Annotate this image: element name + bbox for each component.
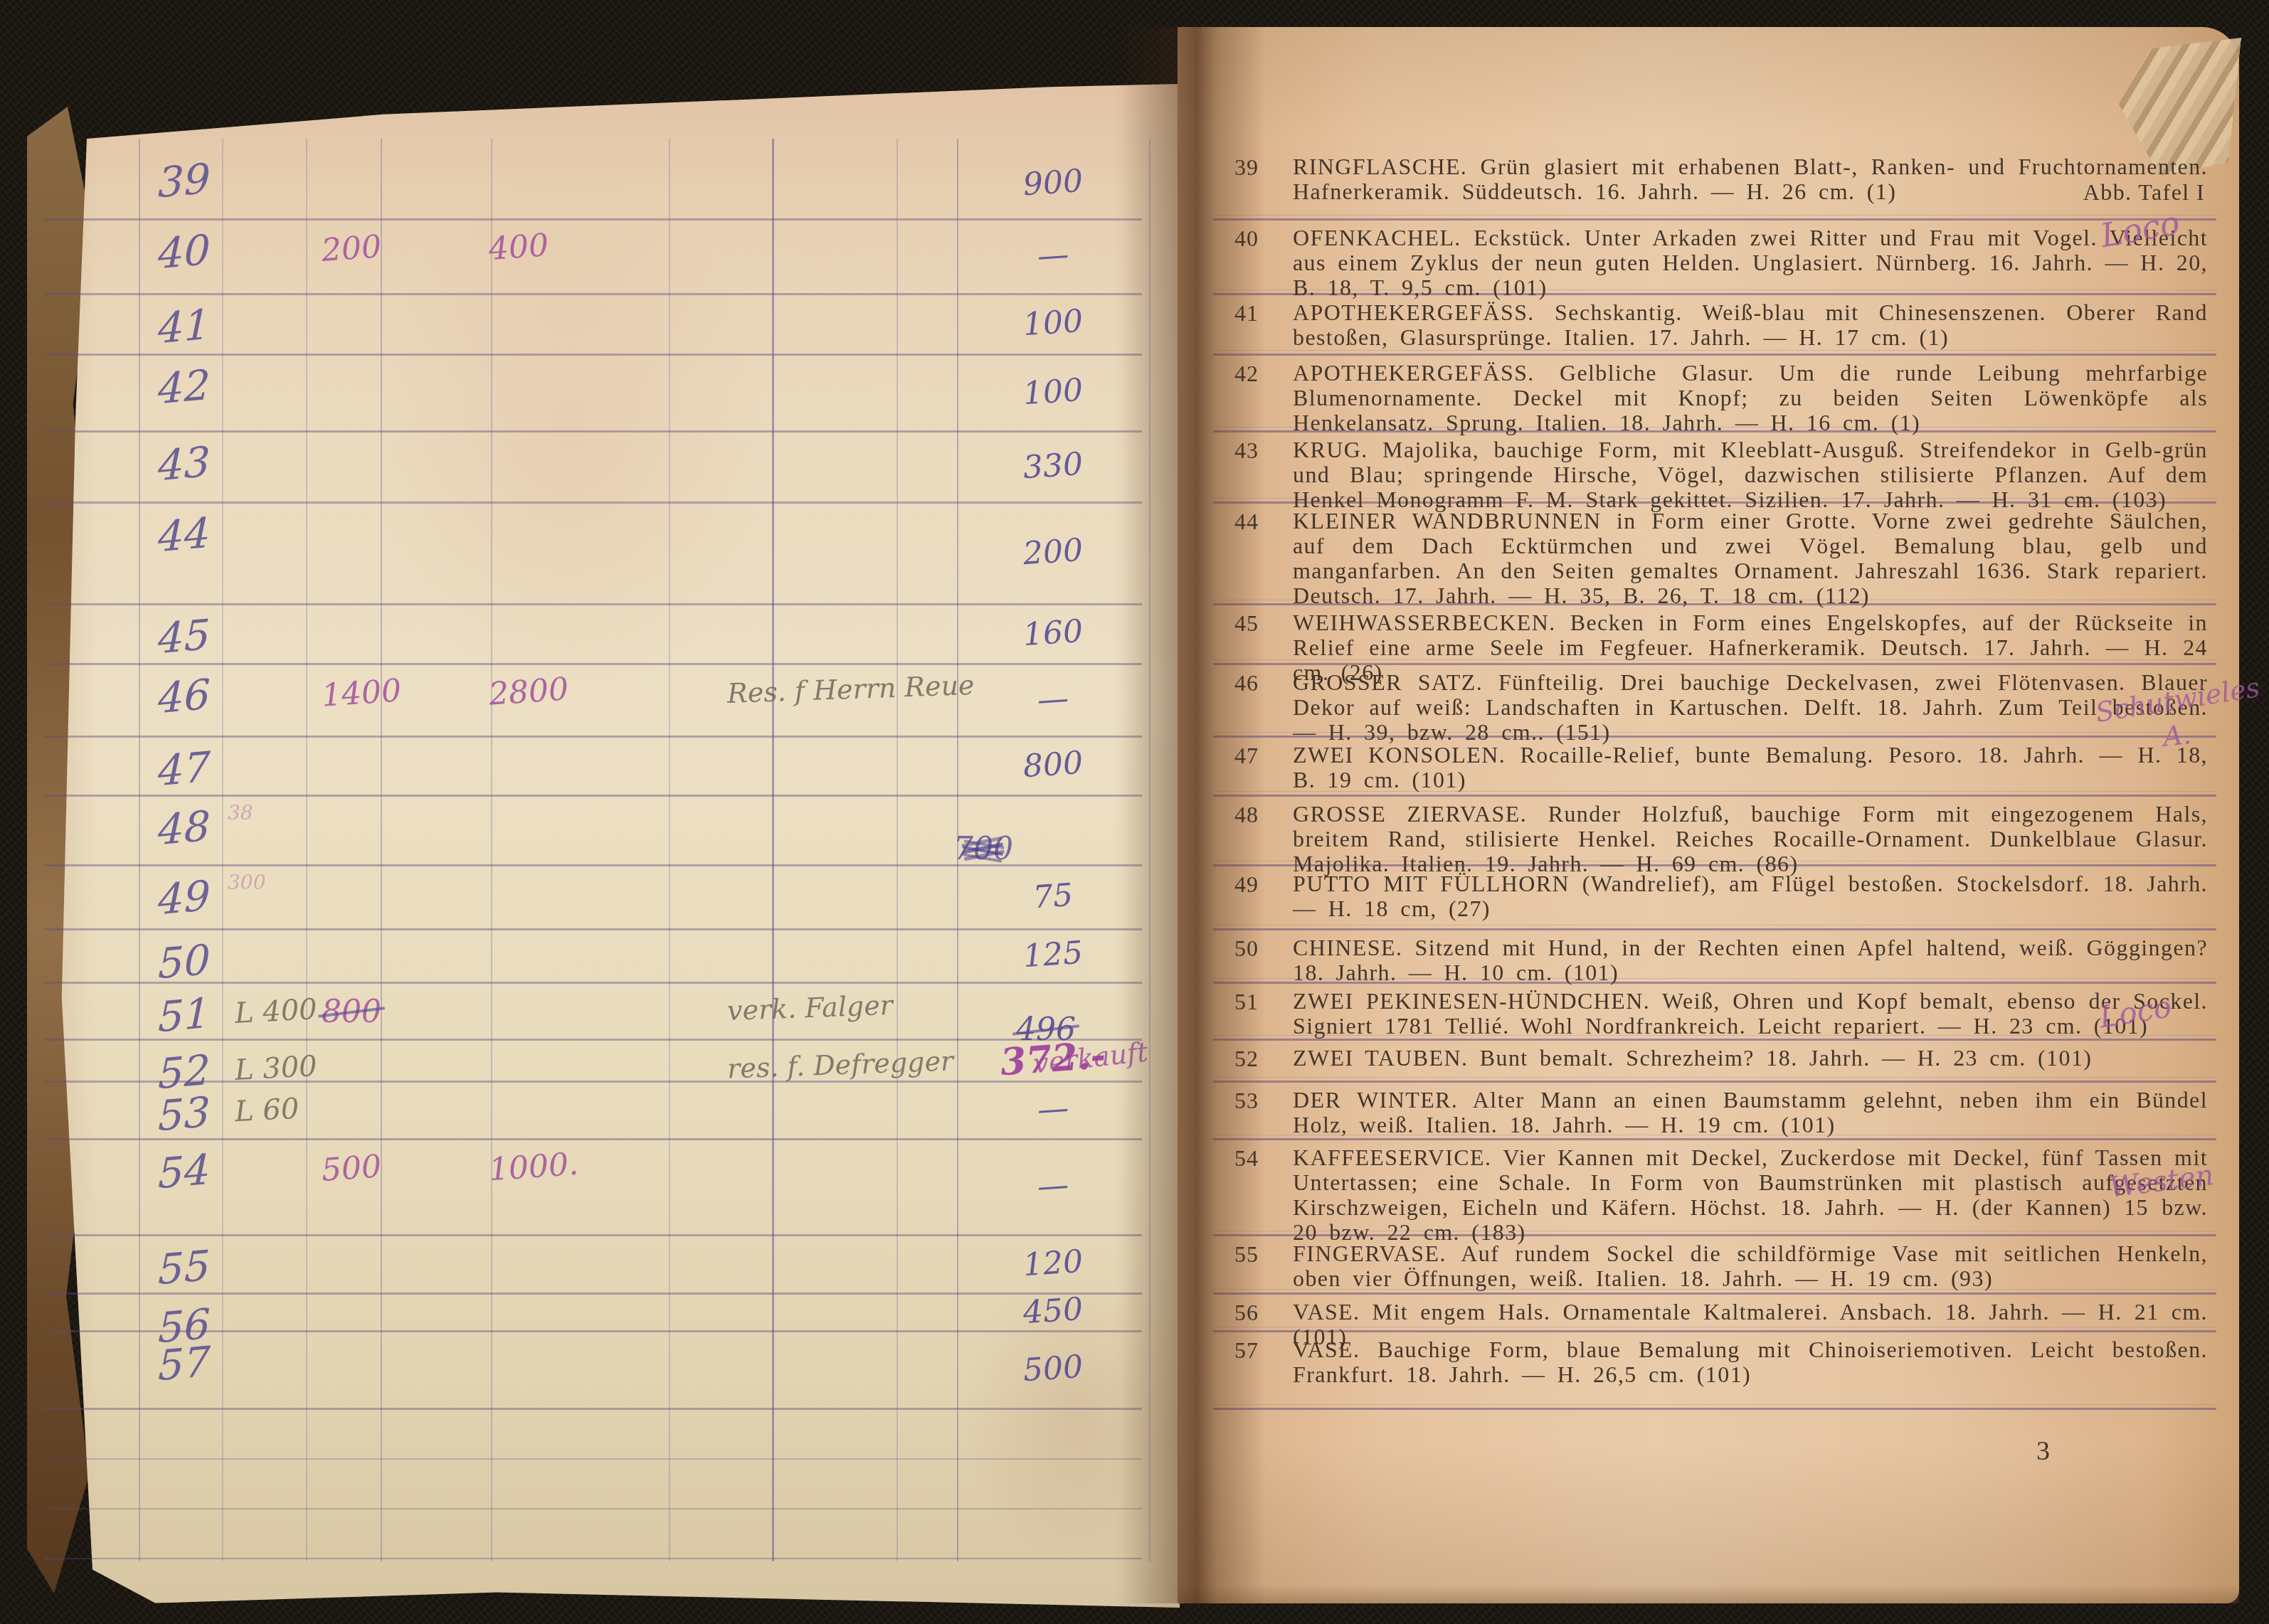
entry-number: 57	[1234, 1337, 1259, 1364]
ledger-lot-number: 49	[158, 871, 211, 925]
entry-text: KLEINER WANDBRUNNEN in Form einer Grotte…	[1213, 504, 2216, 608]
lot-row: 41 100 41 APOTHEKERGEFÄSS. Sechskantig. …	[0, 295, 2269, 356]
ledger-note: verk. Falger	[726, 989, 893, 1026]
entry-number: 43	[1234, 437, 1259, 464]
ledger-faint-mark: 300	[228, 871, 265, 894]
ledger-row-rule	[44, 1558, 1142, 1559]
ledger-result-price: 330	[953, 440, 1154, 490]
lot-row: 49 300 75 49 PUTTO MIT FÜLLHORN (Wandrel…	[0, 866, 2269, 930]
entry-number: 48	[1234, 802, 1259, 828]
catalog-entry: 43 KRUG. Majolika, bauchige Form, mit Kl…	[1213, 432, 2216, 504]
ledger-price-2: 1000.	[487, 1146, 579, 1189]
ledger-row: 51 L 400 800 verk. Falger 496	[44, 984, 1142, 1041]
ledger-result-price: —	[953, 674, 1154, 723]
entry-text: ZWEI KONSOLEN. Rocaille-Relief, bunte Be…	[1213, 738, 2216, 792]
ledger-lot-number: 47	[158, 743, 211, 796]
lot-row: 57 500 57 VASE. Bauchige Form, blaue Bem…	[0, 1332, 2269, 1410]
ledger-result-price: 900	[953, 157, 1154, 207]
catalog-entry: 55 FINGERVASE. Auf rundem Sockel die sch…	[1213, 1236, 2216, 1295]
lot-row: 45 160 45 WEIHWASSERBECKEN. Becken in Fo…	[0, 605, 2269, 665]
entry-plate-ref: Abb. Tafel I	[2083, 179, 2205, 206]
ledger-row: 45 160	[44, 605, 1142, 665]
ledger-lot-number: 51	[158, 989, 211, 1042]
entry-number: 47	[1234, 743, 1259, 769]
lot-row: 42 100 42 APOTHEKERGEFÄSS. Gelbliche Gla…	[0, 356, 2269, 432]
entry-number: 51	[1234, 989, 1259, 1015]
entry-number: 45	[1234, 610, 1259, 637]
lot-row: 48 38 700 48 GROSSE ZIERVASE. Runder Hol…	[0, 797, 2269, 866]
ledger-row: 57 500	[44, 1332, 1142, 1410]
ledger-lot-number: 41	[158, 300, 211, 354]
ledger-row: 54 500 1000. —	[44, 1140, 1142, 1236]
ledger-row-rule	[44, 1458, 1142, 1460]
lot-row: 52 L 300 res. f. Defregger verkauft 372.…	[0, 1041, 2269, 1083]
ledger-lot-number: 46	[158, 670, 211, 723]
ledger-row: 53 L 60 —	[44, 1083, 1142, 1140]
catalog-entry: 41 APOTHEKERGEFÄSS. Sechskantig. Weiß-bl…	[1213, 295, 2216, 356]
catalog-entry: 47 ZWEI KONSOLEN. Rocaille-Relief, bunte…	[1213, 738, 2216, 797]
entry-number: 46	[1234, 670, 1259, 696]
catalog-entry: 56 VASE. Mit engem Hals. Ornamentale Kal…	[1213, 1295, 2216, 1332]
lot-row: 44 200 44 KLEINER WANDBRUNNEN in Form ei…	[0, 504, 2269, 605]
ledger-result-price: 75	[953, 871, 1154, 920]
entry-text: CHINESE. Sitzend mit Hund, in der Rechte…	[1213, 930, 2216, 985]
entry-number: 40	[1234, 225, 1259, 252]
ledger-lot-number: 55	[158, 1241, 211, 1295]
entry-text: GROSSE ZIERVASE. Runder Holzfuß, bauchig…	[1213, 797, 2216, 876]
entry-text: APOTHEKERGEFÄSS. Sechskantig. Weiß-blau …	[1213, 295, 2216, 350]
ledger-row: 41 100	[44, 295, 1142, 356]
catalog-entry: 39 RINGFLASCHE. Grün glasiert mit erhabe…	[1213, 149, 2216, 221]
ledger-lot-number: 50	[158, 935, 211, 989]
entry-text: FINGERVASE. Auf rundem Sockel die schild…	[1213, 1236, 2216, 1291]
ledger-lot-number: 43	[158, 437, 211, 491]
ledger-note: res. f. Defregger	[726, 1045, 954, 1084]
entry-number: 55	[1234, 1241, 1259, 1268]
entry-number: 53	[1234, 1088, 1259, 1114]
lot-row: 54 500 1000. — 54 KAFFEESERVICE. Vier Ka…	[0, 1140, 2269, 1236]
catalog-entry: 44 KLEINER WANDBRUNNEN in Form einer Gro…	[1213, 504, 2216, 605]
lot-row: 43 330 43 KRUG. Majolika, bauchige Form,…	[0, 432, 2269, 504]
catalog-entry: 45 WEIHWASSERBECKEN. Becken in Form eine…	[1213, 605, 2216, 665]
ledger-lot-number: 45	[158, 610, 211, 664]
catalog-entry: 49 PUTTO MIT FÜLLHORN (Wandrelief), am F…	[1213, 866, 2216, 930]
ledger-row: 55 120	[44, 1236, 1142, 1295]
lot-row: 40 200 400 — 40 OFENKACHEL. Eckstück. Un…	[0, 221, 2269, 295]
ledger-price-1: 200	[320, 228, 382, 269]
entry-text: KAFFEESERVICE. Vier Kannen mit Deckel, Z…	[1213, 1140, 2216, 1245]
lot-row: 50 125 50 CHINESE. Sitzend mit Hund, in …	[0, 930, 2269, 984]
entry-text: DER WINTER. Alter Mann an einen Baumstam…	[1213, 1083, 2216, 1137]
ledger-price-2: 2800	[487, 671, 569, 713]
entry-text: RINGFLASCHE. Grün glasiert mit erhabenen…	[1213, 149, 2216, 204]
ledger-row: 50 125	[44, 930, 1142, 984]
catalog-entry: 51 ZWEI PEKINESEN-HÜNDCHEN. Weiß, Ohren …	[1213, 984, 2216, 1041]
ledger-row: 44 200	[44, 504, 1142, 605]
catalog-entry: 52 ZWEI TAUBEN. Bunt bemalt. Schrezheim?…	[1213, 1041, 2216, 1083]
lot-row: 47 800 47 ZWEI KONSOLEN. Rocaille-Relief…	[0, 738, 2269, 797]
ledger-pencil-value: L 60	[234, 1093, 300, 1129]
entry-number: 42	[1234, 361, 1259, 387]
entry-text: GROSSER SATZ. Fünfteilig. Drei bauchige …	[1213, 665, 2216, 745]
ledger-row: 46 1400 2800 Res. f Herrn Reue —	[44, 665, 1142, 738]
entry-text: ZWEI PEKINESEN-HÜNDCHEN. Weiß, Ohren und…	[1213, 984, 2216, 1039]
ledger-result-price: —	[953, 1084, 1154, 1134]
ledger-lot-number: 39	[158, 154, 211, 208]
entry-text: PUTTO MIT FÜLLHORN (Wandrelief), am Flüg…	[1213, 866, 2216, 921]
margin-annotation: A.	[2162, 718, 2193, 753]
catalog-entry: 46 GROSSER SATZ. Fünfteilig. Drei bauchi…	[1213, 665, 2216, 738]
lot-row: 55 120 55 FINGERVASE. Auf rundem Sockel …	[0, 1236, 2269, 1295]
rows: 39 900 39 RINGFLASCHE. Grün glasiert mit…	[0, 149, 2269, 1410]
ledger-row: 49 300 75	[44, 866, 1142, 930]
ledger-result-price: —	[953, 230, 1154, 280]
lot-row: 46 1400 2800 Res. f Herrn Reue — 46 GROS…	[0, 665, 2269, 738]
ledger-price-1: 800	[322, 994, 381, 1030]
entry-number: 56	[1234, 1300, 1259, 1326]
ledger-result-price: 125	[953, 930, 1154, 980]
ledger-result-price: 100	[953, 298, 1154, 348]
ledger-row: 40 200 400 —	[44, 221, 1142, 295]
page-number: 3	[2036, 1435, 2050, 1467]
ledger-result-price: 700	[953, 831, 1013, 867]
ledger-note: Res. f Herrn Reue	[726, 669, 975, 709]
catalog-entry: 57 VASE. Bauchige Form, blaue Bemalung m…	[1213, 1332, 2216, 1410]
ledger-pencil-value: L 300	[234, 1050, 318, 1087]
entry-number: 52	[1234, 1046, 1259, 1072]
entry-text: ZWEI TAUBEN. Bunt bemalt. Schrezheim? 18…	[1213, 1041, 2216, 1071]
ledger-price-2: 400	[487, 227, 549, 267]
entry-text: APOTHEKERGEFÄSS. Gelbliche Glasur. Um di…	[1213, 356, 2216, 435]
ledger-row: 56 450	[44, 1295, 1142, 1332]
ledger-row-rule	[44, 1508, 1142, 1509]
entry-number: 54	[1234, 1145, 1259, 1172]
ledger-lot-number: 42	[158, 361, 211, 414]
ledger-lot-number: 53	[158, 1088, 211, 1141]
ledger-result-price: 120	[953, 1238, 1154, 1288]
ledger-result-price: 200	[953, 527, 1154, 577]
ledger-result-price: —	[953, 1161, 1154, 1211]
ledger-faint-mark: 38	[228, 801, 253, 824]
ledger-lot-number: 57	[158, 1337, 211, 1391]
entry-text: KRUG. Majolika, bauchige Form, mit Kleeb…	[1213, 432, 2216, 512]
ledger-price-1: 1400	[320, 672, 402, 714]
ledger-row: 47 800	[44, 738, 1142, 797]
ledger-lot-number: 54	[158, 1145, 211, 1199]
lot-row: 39 900 39 RINGFLASCHE. Grün glasiert mit…	[0, 149, 2269, 221]
lot-row: 53 L 60 — 53 DER WINTER. Alter Mann an e…	[0, 1083, 2269, 1140]
entry-number: 39	[1234, 154, 1259, 181]
catalog-entry: 54 KAFFEESERVICE. Vier Kannen mit Deckel…	[1213, 1140, 2216, 1236]
ledger-lot-number: 44	[158, 509, 211, 562]
catalog-entry: 40 OFENKACHEL. Eckstück. Unter Arkaden z…	[1213, 221, 2216, 295]
ledger-row: 42 100	[44, 356, 1142, 432]
ledger-result-price: 160	[953, 607, 1154, 657]
ledger-price-1: 500	[320, 1148, 382, 1189]
entry-text: OFENKACHEL. Eckstück. Unter Arkaden zwei…	[1213, 221, 2216, 300]
ledger-result-price: 100	[953, 366, 1154, 416]
entry-number: 44	[1234, 509, 1259, 535]
ledger-result-price: 800	[953, 740, 1154, 790]
ledger-row: 52 L 300 res. f. Defregger verkauft 372.…	[44, 1041, 1142, 1083]
catalog-entry: 48 GROSSE ZIERVASE. Runder Holzfuß, bauc…	[1213, 797, 2216, 866]
ledger-result-price: 500	[953, 1344, 1154, 1394]
entry-number: 50	[1234, 935, 1259, 962]
ledger-row: 39 900	[44, 149, 1142, 221]
ledger-lot-number: 40	[158, 225, 211, 279]
entry-text: VASE. Bauchige Form, blaue Bemalung mit …	[1213, 1332, 2216, 1387]
ledger-pencil-value: L 400	[234, 993, 318, 1030]
entry-number: 41	[1234, 300, 1259, 327]
catalog-entry: 42 APOTHEKERGEFÄSS. Gelbliche Glasur. Um…	[1213, 356, 2216, 432]
catalog-entry: 50 CHINESE. Sitzend mit Hund, in der Rec…	[1213, 930, 2216, 984]
ledger-row: 43 330	[44, 432, 1142, 504]
catalog-entry: 53 DER WINTER. Alter Mann an einen Baums…	[1213, 1083, 2216, 1140]
lot-row: 56 450 56 VASE. Mit engem Hals. Ornament…	[0, 1295, 2269, 1332]
ledger-lot-number: 48	[158, 802, 211, 855]
entry-number: 49	[1234, 871, 1259, 898]
ledger-row: 48 38 700	[44, 797, 1142, 866]
